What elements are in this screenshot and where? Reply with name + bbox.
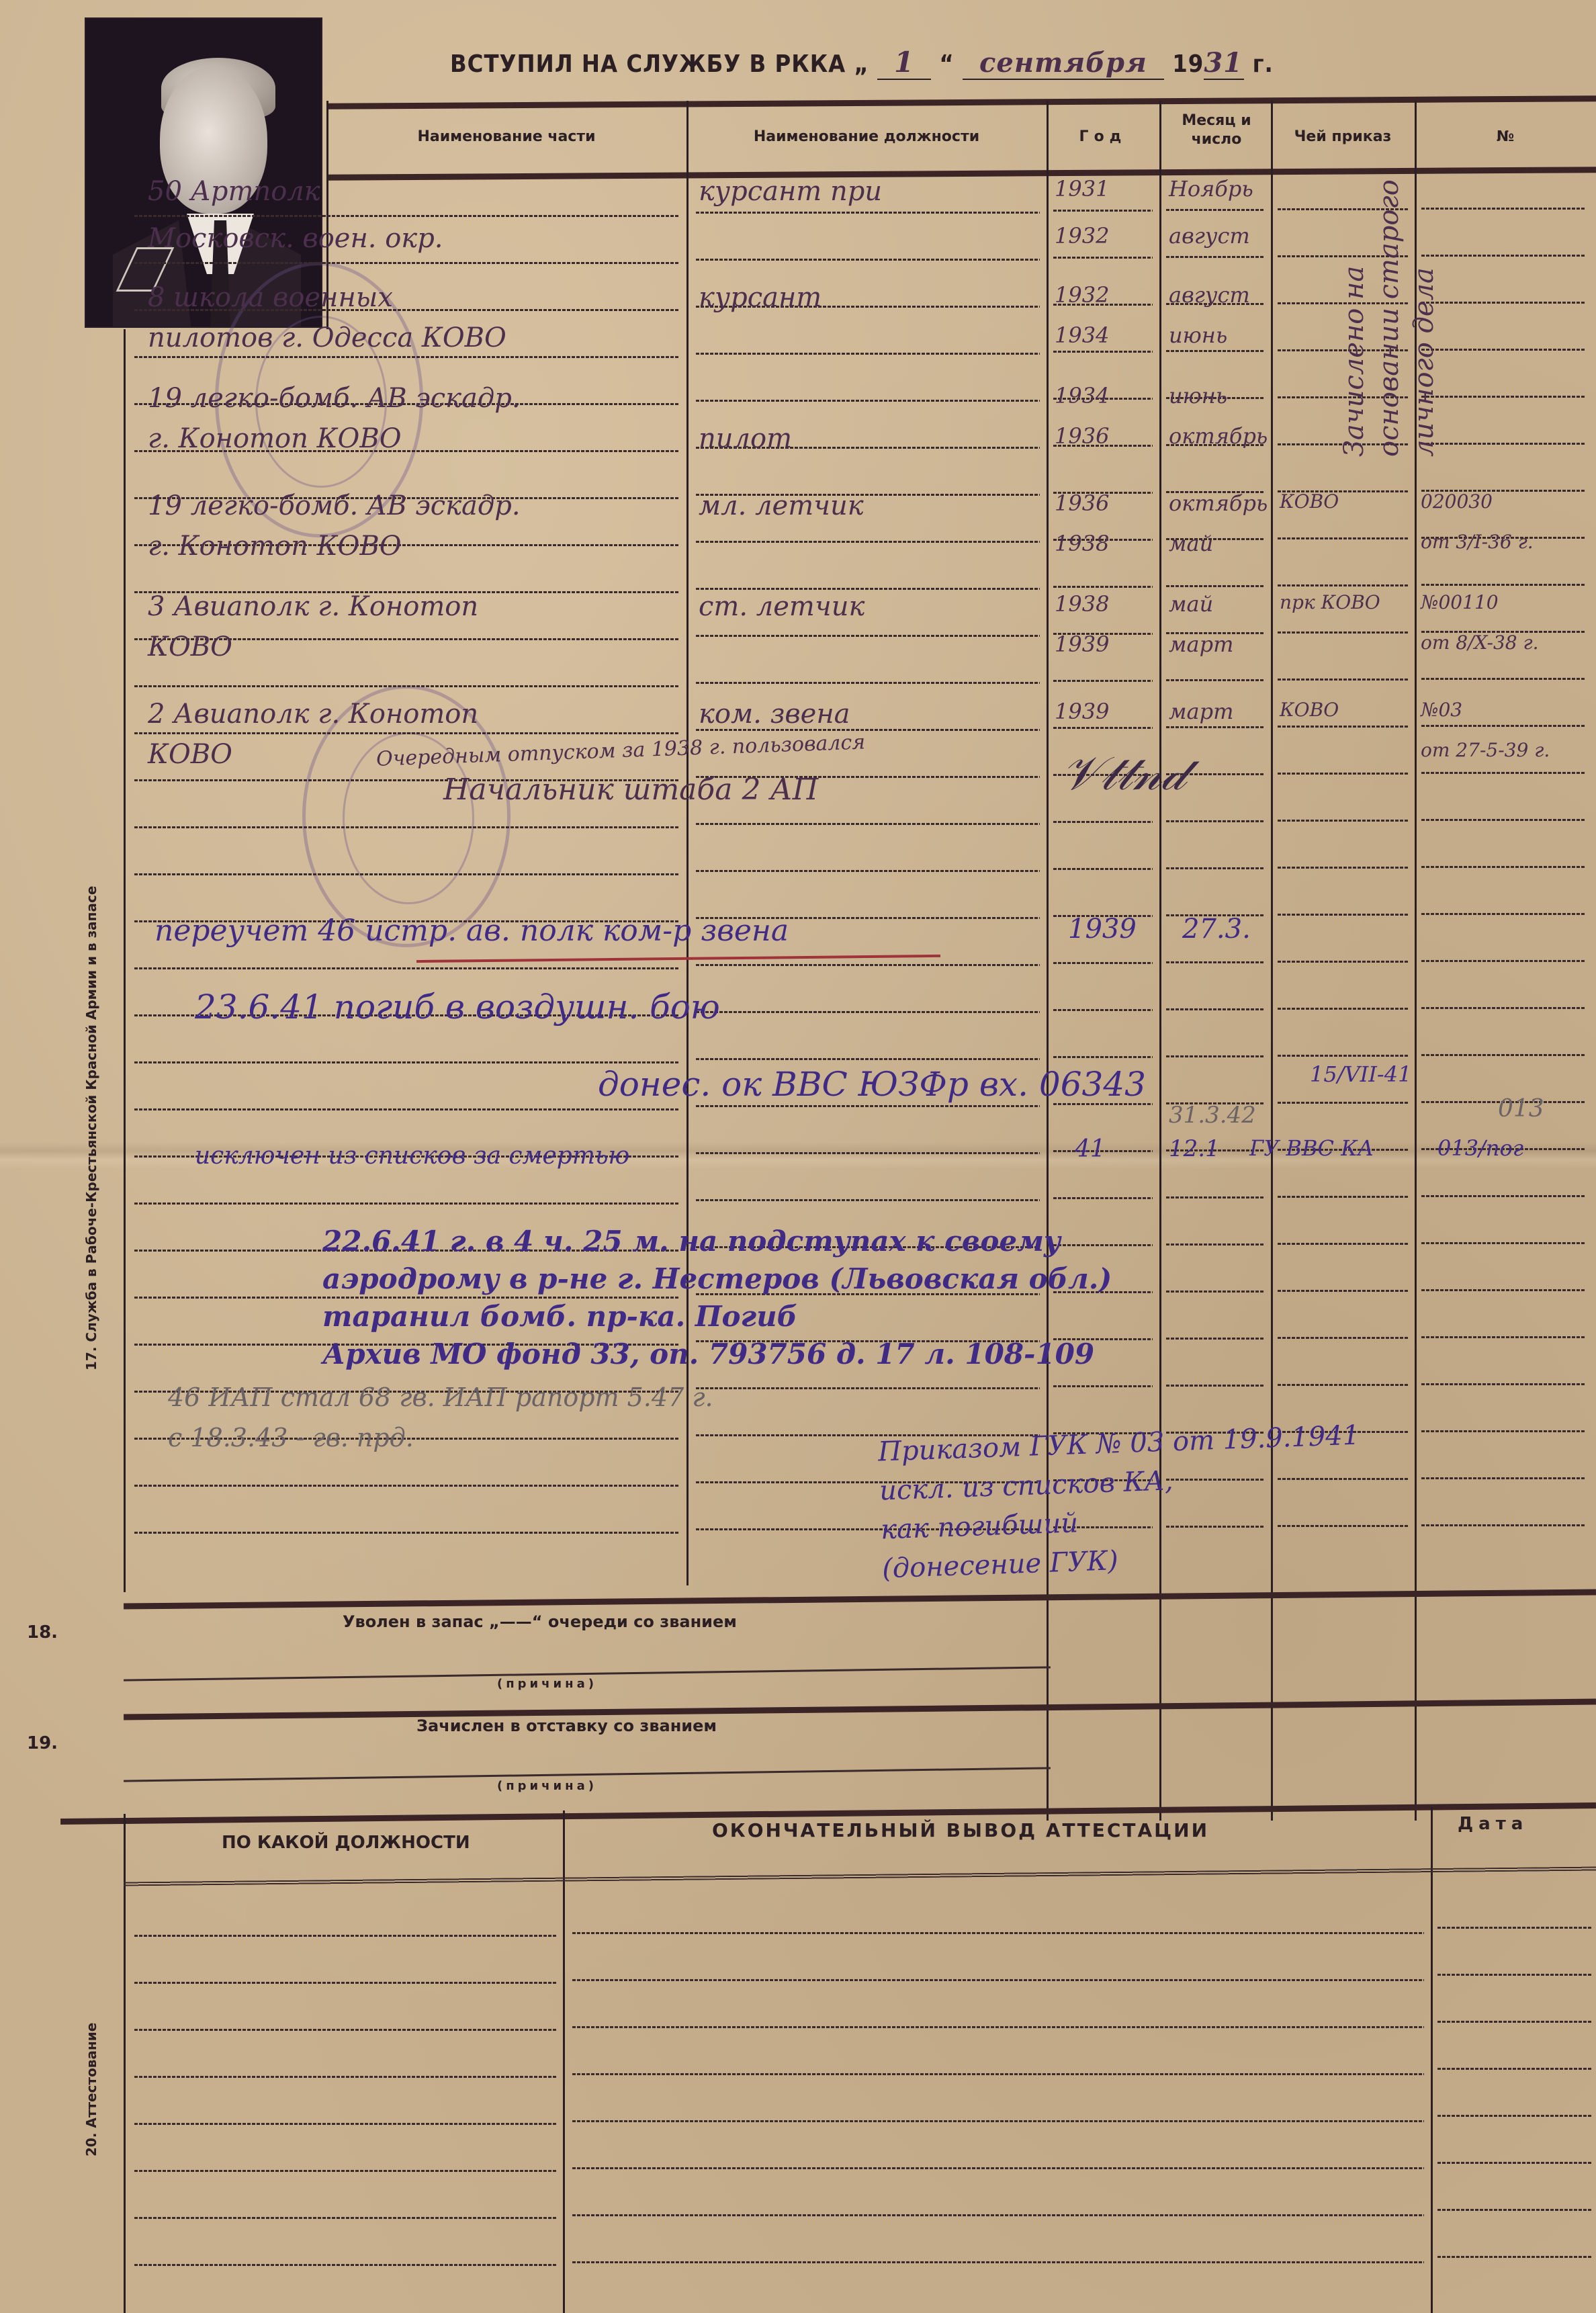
signature: 𝒱𝓉𝓉𝓃𝒹: [1061, 746, 1185, 801]
row-year: 1936: [1055, 490, 1109, 516]
ruled-line: [1166, 867, 1264, 869]
section-18-number: 18.: [27, 1622, 58, 1643]
ruled-line: [1421, 725, 1585, 727]
ruled-line: [1437, 2256, 1592, 2258]
row-month: май: [1169, 531, 1213, 556]
row-number: №03: [1421, 699, 1462, 721]
ruled-line: [572, 1932, 1424, 1934]
row-unit: 19 легко-бомб. АВ эскадр.: [148, 383, 521, 414]
ruled-line: [696, 1152, 1040, 1154]
transfer-date: 27.3.: [1182, 914, 1251, 945]
ruled-line: [1166, 1291, 1264, 1293]
ruled-line: [134, 2264, 556, 2266]
ruled-line: [1421, 960, 1585, 962]
ruled-line: [696, 1199, 1040, 1201]
ruled-line: [1278, 679, 1408, 681]
ruled-line: [1053, 1056, 1153, 1058]
row-year: 1938: [1055, 531, 1109, 556]
ruled-line: [1053, 1197, 1153, 1199]
report-date: 15/VII-41: [1310, 1061, 1411, 1087]
heading-text: ВСТУПИЛ НА СЛУЖБУ В РККА: [450, 50, 846, 78]
section-17-side-label: 17. Служба в Рабоче-Крестьянской Красной…: [83, 886, 99, 1370]
ruled-line: [1278, 584, 1408, 586]
ruled-line: [1437, 2068, 1592, 2070]
ruled-line: [134, 873, 680, 875]
ruled-line: [134, 967, 680, 969]
vertical-note: Зачислено на основании старого личного д…: [1337, 121, 1442, 457]
struck-month: 12.1: [1169, 1135, 1220, 1162]
ruled-line: [572, 2026, 1424, 2028]
ruled-line: [1278, 1008, 1408, 1010]
section-19-number: 19.: [27, 1733, 58, 1753]
ruled-line: [1166, 679, 1264, 681]
struck-year: 41: [1075, 1135, 1106, 1163]
report-stamp-date: 31.3.42: [1169, 1102, 1256, 1129]
ruled-line: [1166, 256, 1264, 258]
ruled-line: [134, 1203, 680, 1205]
pencil-note: 46 ИАП стал 68 гв. ИАП рапорт 5.47 г. с …: [168, 1377, 713, 1458]
ruled-line: [1053, 868, 1153, 870]
section-19-label: Зачислен в отставку со званием: [416, 1716, 717, 1735]
start-month: сентября: [963, 47, 1164, 80]
ruled-line: [696, 870, 1040, 872]
row-number: от 27-5-39 г.: [1421, 739, 1550, 761]
ruled-line: [696, 1011, 1040, 1013]
ruled-line: [696, 212, 1040, 214]
row-unit: 19 легко-бомб. АВ эскадр.: [148, 490, 521, 521]
ruled-line: [1421, 1383, 1585, 1385]
row-number: 020030: [1421, 490, 1493, 513]
ruled-line: [1278, 631, 1408, 634]
report-line: донес. ок ВВС ЮЗФр вх. 06343: [598, 1065, 1146, 1104]
row-month: август: [1169, 223, 1250, 249]
signature-block: Начальник штаба 2 АП: [443, 773, 818, 807]
col-header-year: Год: [1047, 128, 1159, 146]
row-number: от 8/X-38 г.: [1421, 631, 1539, 654]
section-18-label: Уволен в запас „——“ очереди со званием: [343, 1612, 737, 1631]
row-month: Ноябрь: [1169, 176, 1253, 202]
ruled-line: [1053, 210, 1153, 212]
ruled-line: [1166, 209, 1264, 211]
ruled-line: [134, 215, 680, 217]
ruled-line: [696, 682, 1040, 684]
ruled-line: [1053, 680, 1153, 682]
struck-line: исключен из списков за смертью: [195, 1142, 629, 1170]
ruled-line: [1278, 1384, 1408, 1386]
ruled-line: [1421, 208, 1585, 210]
ruled-line: [134, 1935, 556, 1937]
row-unit: г. Конотоп КОВО: [148, 423, 402, 454]
row-month: октябрь: [1169, 490, 1268, 516]
ruled-line: [134, 1982, 556, 1984]
ruled-line: [1053, 821, 1153, 823]
row-year: 1931: [1055, 176, 1109, 202]
ruled-line: [1421, 1007, 1585, 1009]
ruled-line: [572, 2120, 1424, 2122]
row-order: КОВО: [1280, 699, 1339, 721]
row-position: ст. летчик: [699, 591, 864, 622]
archive-note: 22.6.41 г. в 4 ч. 25 м. на подступах к с…: [322, 1223, 1112, 1373]
transfer-line: переучет 46 истр. ав. полк ком-р звена: [154, 914, 789, 948]
row-year: 1934: [1055, 383, 1109, 408]
ruled-line: [1421, 302, 1585, 304]
row-unit: КОВО: [148, 739, 232, 770]
ruled-line: [1053, 1385, 1153, 1387]
ruled-line: [1437, 2162, 1592, 2164]
ruled-line: [134, 1485, 680, 1487]
ruled-line: [1421, 819, 1585, 821]
ruled-line: [1166, 961, 1264, 963]
row-number: от 3/I-36 г.: [1421, 531, 1534, 553]
ruled-line: [1421, 1524, 1585, 1526]
ruled-line: [134, 2123, 556, 2125]
ruled-line: [696, 635, 1040, 637]
ruled-line: [1437, 2115, 1592, 2117]
row-month: март: [1169, 699, 1233, 724]
ruled-line: [1278, 1243, 1408, 1245]
row-order: прк КОВО: [1280, 591, 1380, 613]
transfer-year: 1939: [1068, 914, 1137, 945]
ruled-line: [572, 2167, 1424, 2169]
row-unit: Московск. воен. окр.: [148, 223, 443, 254]
ruled-line: [1278, 1196, 1408, 1198]
ruled-line: [1278, 773, 1408, 775]
ruled-line: [1278, 1337, 1408, 1339]
grey-number: 013: [1498, 1095, 1544, 1123]
ruled-line: [696, 1058, 1040, 1060]
ruled-line: [134, 356, 680, 358]
row-year: 1938: [1055, 591, 1109, 617]
ruled-line: [696, 823, 1040, 825]
row-position: мл. летчик: [699, 490, 864, 521]
ruled-line: [572, 1979, 1424, 1981]
ruled-line: [1421, 1054, 1585, 1056]
section-20-col-divider-1: [563, 1810, 565, 2313]
ruled-line: [1278, 1055, 1408, 1057]
row-year: 1939: [1055, 631, 1109, 657]
ruled-line: [1278, 820, 1408, 822]
row-position: курсант при: [699, 176, 882, 207]
row-month: июнь: [1169, 383, 1227, 408]
ruled-line: [1166, 585, 1264, 587]
col-header-attest-conclusion: ОКОНЧАТЕЛЬНЫЙ ВЫВОД АТТЕСТАЦИИ: [712, 1819, 1209, 1841]
struck-order: ГУ ВВС КА: [1249, 1135, 1374, 1161]
ruled-line: [1278, 1102, 1408, 1104]
ruled-line: [1166, 1243, 1264, 1246]
ruled-line: [134, 1532, 680, 1534]
ruled-line: [1053, 351, 1153, 353]
ruled-line: [1437, 1927, 1592, 1929]
row-month: май: [1169, 591, 1213, 617]
ruled-line: [696, 1105, 1040, 1107]
ruled-line: [696, 541, 1040, 543]
ruled-line: [1421, 1242, 1585, 1244]
ruled-line: [134, 2170, 556, 2172]
ruled-line: [696, 259, 1040, 261]
ruled-line: [1278, 867, 1408, 869]
row-month: июнь: [1169, 322, 1227, 348]
ruled-line: [1278, 1290, 1408, 1292]
row-unit: г. Конотоп КОВО: [148, 531, 402, 562]
col-header-attest-position: ПО КАКОЙ ДОЛЖНОСТИ: [222, 1833, 470, 1853]
section-18-reason: (причина): [497, 1677, 597, 1691]
row-month: август: [1169, 282, 1250, 308]
ruled-line: [1421, 1430, 1585, 1432]
ruled-line: [696, 964, 1040, 966]
section-20-col-divider-2: [1431, 1807, 1433, 2313]
ruled-line: [1421, 1195, 1585, 1197]
ruled-line: [1166, 1008, 1264, 1010]
ruled-line: [134, 262, 680, 264]
ruled-line: [1166, 1385, 1264, 1387]
ruled-line: [134, 1108, 680, 1110]
ruled-line: [1437, 2021, 1592, 2023]
ruled-line: [1421, 349, 1585, 351]
death-line: 23.6.41 погиб в воздушн. бою: [195, 988, 720, 1027]
ruled-line: [1166, 350, 1264, 352]
ruled-line: [1166, 820, 1264, 822]
ruled-line: [1421, 866, 1585, 868]
ruled-line: [1421, 913, 1585, 915]
row-unit: 50 Артполк: [148, 176, 320, 207]
ruled-line: [1053, 586, 1153, 588]
row-unit: 3 Авиаполк г. Конотоп: [148, 591, 478, 622]
row-year: 1936: [1055, 423, 1109, 449]
ruled-line: [572, 2214, 1424, 2216]
col-header-position: Наименование должности: [686, 128, 1047, 146]
ruled-line: [696, 353, 1040, 355]
year-suffix-label: г.: [1253, 50, 1274, 78]
ruled-line: [134, 826, 680, 828]
section-20-side-label: 20. Аттестование: [83, 2023, 99, 2156]
ruled-line: [1421, 443, 1585, 445]
row-unit: 2 Авиаполк г. Конотоп: [148, 699, 478, 730]
ruled-line: [1278, 537, 1408, 539]
ruled-line: [1421, 772, 1585, 774]
row-unit: 8 школа военных: [148, 282, 393, 313]
ruled-line: [1053, 1009, 1153, 1011]
ruled-line: [572, 2261, 1424, 2263]
ruled-line: [1421, 1477, 1585, 1479]
ruled-line: [1421, 255, 1585, 257]
ruled-line: [696, 588, 1040, 590]
ruled-line: [134, 685, 680, 687]
ruled-line: [1437, 1974, 1592, 1976]
start-day: 1: [877, 46, 931, 80]
row-unit: пилотов г. Одесса КОВО: [148, 322, 506, 353]
row-position: ком. звена: [699, 699, 850, 730]
row-year: 1934: [1055, 322, 1109, 348]
section-19-reason: (причина): [497, 1779, 597, 1793]
row-year: 1932: [1055, 282, 1109, 308]
year-prefix: 19: [1172, 50, 1204, 78]
ruled-line: [696, 400, 1040, 402]
ruled-line: [134, 1061, 680, 1063]
ruled-line: [1421, 1289, 1585, 1291]
col-header-unit: Наименование части: [326, 128, 686, 146]
service-start-heading: ВСТУПИЛ НА СЛУЖБУ В РККА „ 1 “ сентября …: [450, 46, 1274, 80]
ruled-line: [1278, 726, 1408, 728]
ruled-line: [1421, 396, 1585, 398]
ruled-line: [134, 2076, 556, 2078]
ruled-line: [1166, 1338, 1264, 1340]
ruled-line: [1421, 678, 1585, 680]
ruled-line: [134, 2217, 556, 2219]
row-position: курсант: [699, 282, 822, 313]
section-20-left-border: [124, 1814, 126, 2313]
ruled-line: [1166, 1055, 1264, 1057]
row-position: пилот: [699, 423, 792, 454]
row-order: КОВО: [1280, 490, 1339, 513]
order-note: Приказом ГУК № 03 от 19.9.1941 искл. из …: [877, 1416, 1364, 1589]
row-year: 1932: [1055, 223, 1109, 249]
ruled-line: [1421, 1336, 1585, 1338]
ruled-line: [1421, 584, 1585, 586]
ruled-line: [134, 732, 680, 734]
ruled-line: [1278, 961, 1408, 963]
ruled-line: [1053, 962, 1153, 964]
row-number: №00110: [1421, 591, 1499, 613]
col-header-month: Месяц и число: [1166, 112, 1267, 149]
left-border: [124, 329, 126, 1592]
ruled-line: [1166, 1196, 1264, 1198]
row-unit: КОВО: [148, 631, 232, 662]
ruled-line: [134, 2029, 556, 2031]
ruled-line: [1437, 2209, 1592, 2211]
ruled-line: [1166, 726, 1264, 728]
row-month: октябрь: [1169, 423, 1268, 449]
ruled-line: [1053, 257, 1153, 259]
struck-number: 013/пог: [1437, 1135, 1523, 1161]
ruled-line: [696, 1387, 1040, 1389]
ruled-line: [1053, 727, 1153, 729]
row-month: март: [1169, 631, 1233, 657]
row-year: 1939: [1055, 699, 1109, 724]
start-year: 31: [1204, 47, 1244, 80]
col-header-number: №: [1415, 128, 1596, 146]
col-header-attest-date: Дата: [1458, 1814, 1528, 1834]
ruled-line: [572, 2073, 1424, 2075]
ruled-line: [1278, 914, 1408, 916]
